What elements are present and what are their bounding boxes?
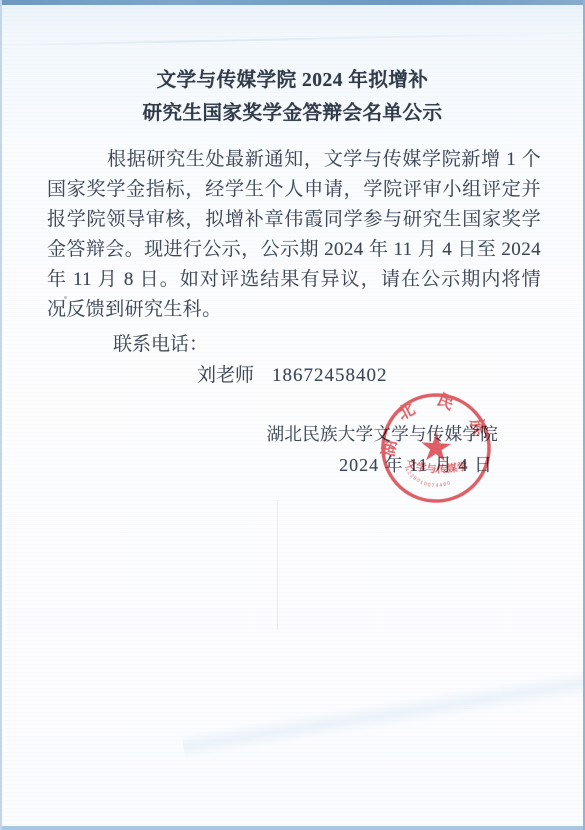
scan-edge-left — [0, 0, 2, 830]
paper-fold-line — [277, 500, 278, 630]
official-red-seal: 湖北民族大学 文学与传媒学院 4228010074480 — [375, 387, 497, 509]
contact-person-line: 刘老师18672458402 — [197, 361, 388, 391]
scan-crease-bottom — [181, 646, 585, 759]
scanned-document-page: 文学与传媒学院 2024 年拟增补 研究生国家奖学金答辩会名单公示 根据研究生处… — [0, 0, 585, 830]
scan-crease-top — [0, 31, 585, 46]
document-title-line2: 研究生国家奖学金答辩会名单公示 — [0, 97, 585, 130]
contact-phone-number: 18672458402 — [272, 365, 388, 386]
document-title: 文学与传媒学院 2024 年拟增补 研究生国家奖学金答辩会名单公示 — [0, 64, 585, 130]
scan-edge-top — [0, 0, 585, 5]
document-body-paragraph: 根据研究生处最新通知，文学与传媒学院新增 1 个国家奖学金指标，经学生个人申请，… — [47, 145, 541, 325]
scan-edge-bottom — [0, 826, 585, 830]
document-title-line1: 文学与传媒学院 2024 年拟增补 — [0, 64, 585, 97]
seal-star-icon — [420, 431, 451, 461]
contact-label: 联系电话： — [113, 330, 208, 360]
contact-person-name: 刘老师 — [197, 365, 254, 386]
seal-graphic: 湖北民族大学 文学与传媒学院 4228010074480 — [375, 387, 497, 509]
